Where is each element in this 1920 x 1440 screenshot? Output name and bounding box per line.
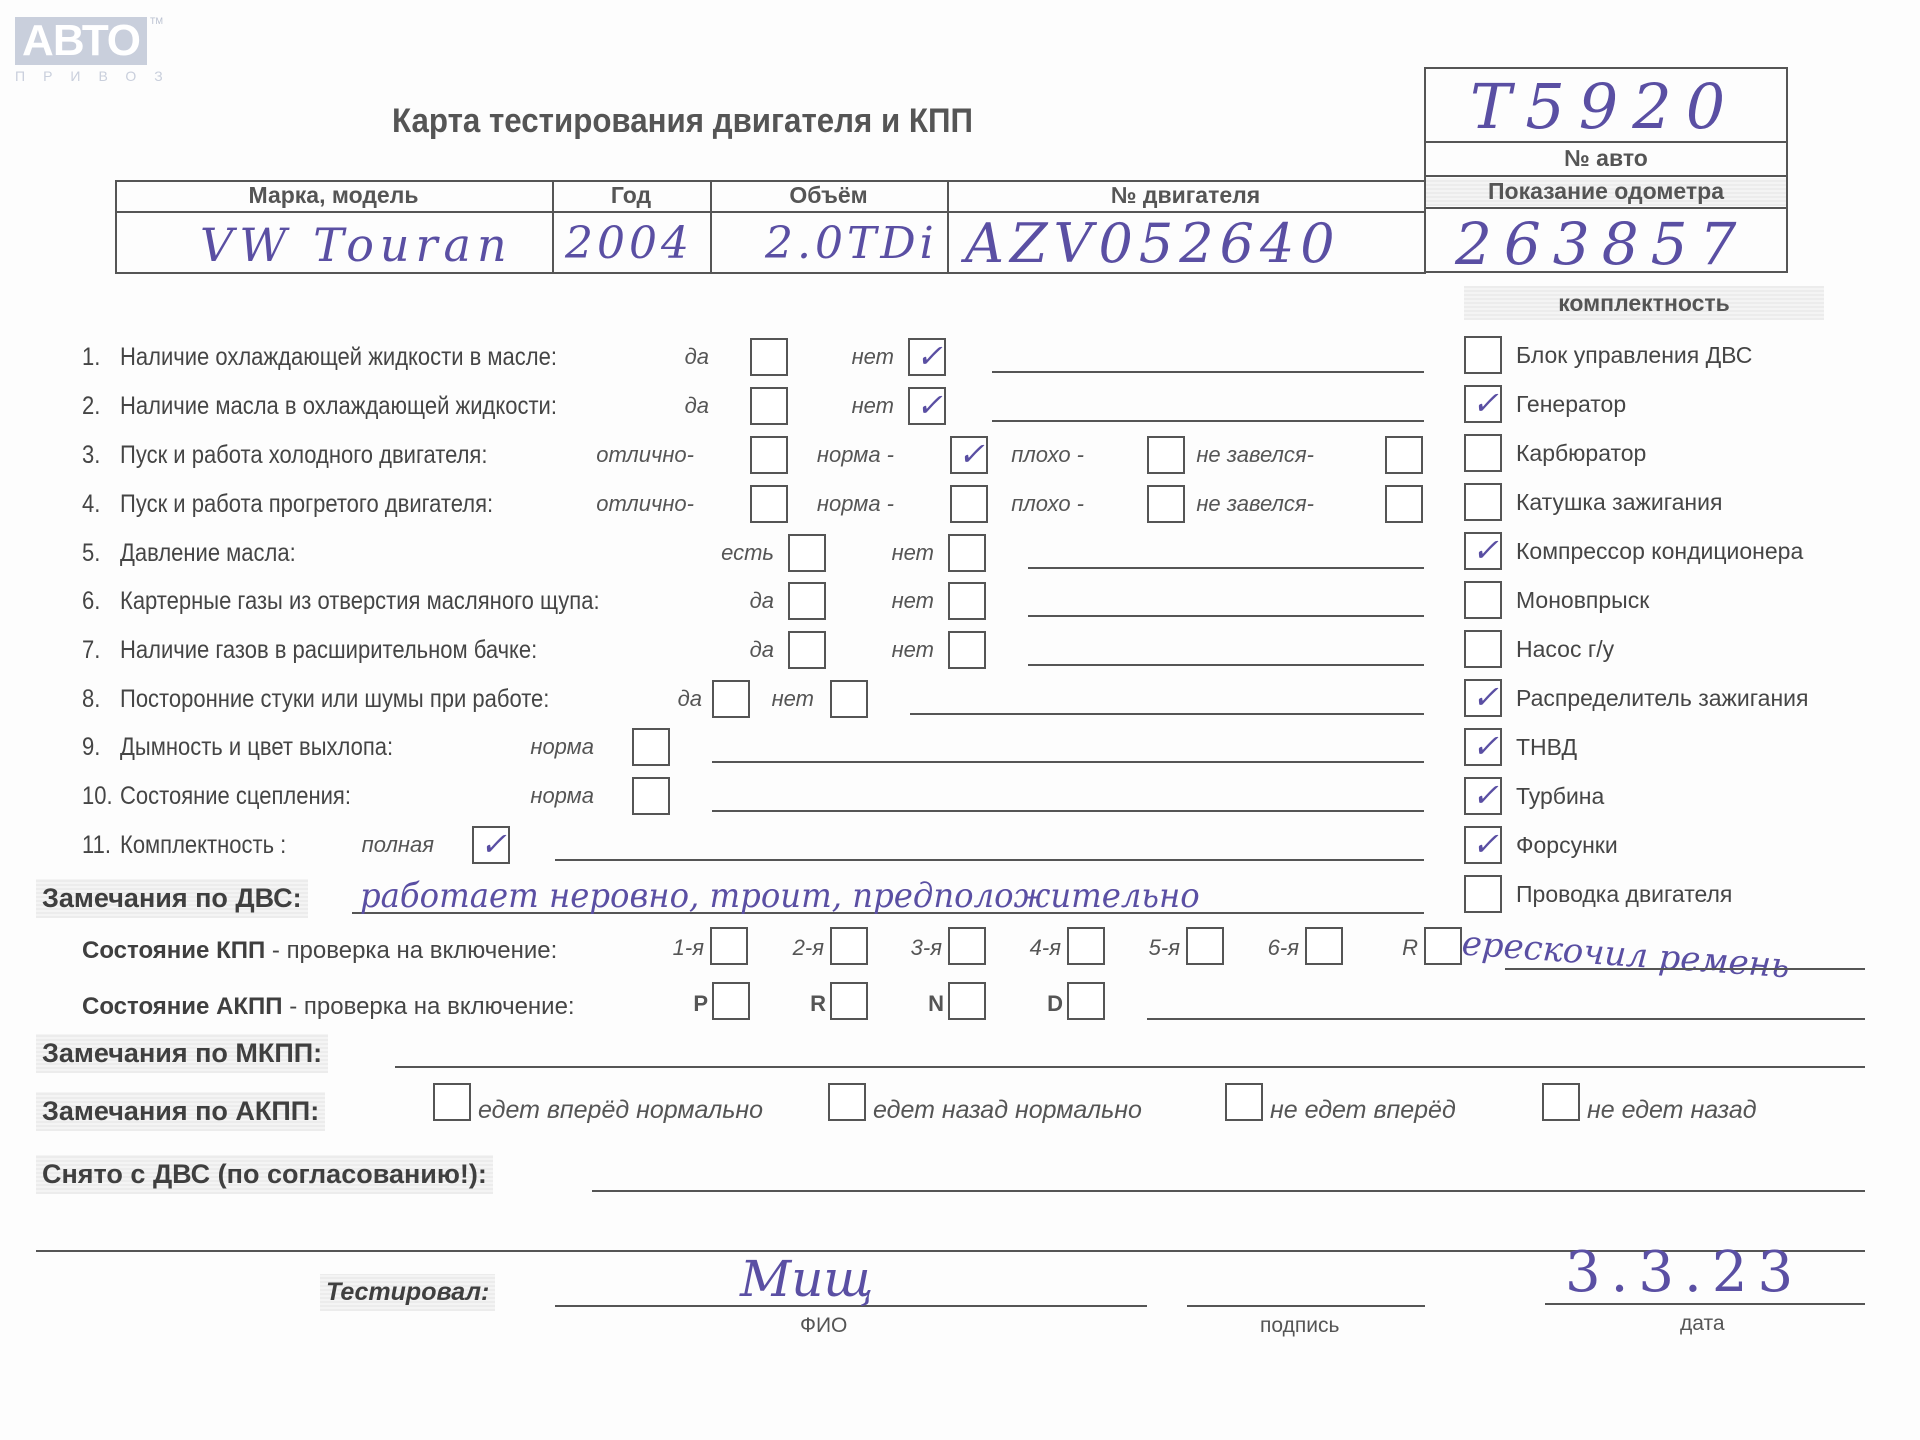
kit-checkbox[interactable] — [1464, 483, 1502, 521]
gear-checkbox[interactable] — [948, 927, 986, 965]
option-checkbox[interactable] — [632, 728, 670, 766]
year-value[interactable]: 2004 — [565, 218, 693, 269]
check-row-label: Давление масла: — [120, 539, 296, 568]
option-label: да — [678, 686, 702, 712]
kit-checkbox[interactable]: ✓ — [1464, 728, 1502, 766]
gear-label: P — [693, 991, 708, 1017]
option-label: норма — [530, 734, 594, 760]
option-label: нет — [772, 686, 814, 712]
name-caption: ФИО — [800, 1314, 847, 1338]
check-row-notes-field[interactable] — [992, 420, 1424, 422]
check-row-number: 1. — [82, 343, 100, 372]
check-row-number: 7. — [82, 636, 100, 665]
check-row-number: 10. — [82, 782, 113, 811]
option-checkbox[interactable] — [1385, 485, 1423, 523]
brand-logo: АВТО — [15, 17, 147, 65]
manual-gearbox-remarks-label: Замечания по МКПП: — [36, 1034, 328, 1073]
date-caption: дата — [1680, 1312, 1725, 1336]
check-row-notes-field[interactable] — [712, 761, 1424, 763]
kit-checkbox[interactable] — [1464, 581, 1502, 619]
check-row-label: Пуск и работа прогретого двигателя: — [120, 490, 493, 519]
kit-item-label: Генератор — [1516, 391, 1626, 418]
auto-remark-checkbox[interactable] — [828, 1083, 866, 1121]
kit-checkbox[interactable] — [1464, 434, 1502, 472]
option-label: нет — [892, 540, 934, 566]
check-row-number: 9. — [82, 733, 100, 762]
option-label: плохо - — [1011, 442, 1084, 468]
option-checkbox[interactable] — [1385, 436, 1423, 474]
check-row-label: Наличие охлаждающей жидкости в масле: — [120, 343, 557, 372]
check-row-label: Картерные газы из отверстия масляного щу… — [120, 587, 600, 616]
option-checkbox[interactable] — [750, 485, 788, 523]
option-checkbox[interactable] — [830, 680, 868, 718]
option-label: норма - — [817, 442, 894, 468]
auto-gearbox-check-label: Состояние АКПП - проверка на включение: — [82, 993, 575, 1021]
check-row-number: 2. — [82, 392, 100, 421]
option-checkbox[interactable] — [750, 436, 788, 474]
vehicle-number-value[interactable]: T5920 — [1470, 70, 1739, 143]
check-row-label: Комплектность : — [120, 831, 286, 860]
volume-value[interactable]: 2.0TDi — [765, 218, 938, 269]
option-checkbox[interactable] — [788, 534, 826, 572]
kit-item-label: Компрессор кондиционера — [1516, 538, 1803, 565]
option-checkbox[interactable] — [950, 485, 988, 523]
check-mark-icon: ✓ — [1472, 387, 1499, 419]
option-checkbox[interactable] — [1147, 485, 1185, 523]
brand-logo-subtitle: ПРИВОЗ — [15, 68, 181, 84]
option-label: да — [685, 393, 709, 419]
check-row-notes-field[interactable] — [1028, 567, 1424, 569]
gear-label: 5-я — [1149, 935, 1180, 961]
kit-item-label: Форсунки — [1516, 832, 1618, 859]
tester-name-value[interactable]: Мищ — [740, 1250, 873, 1308]
option-checkbox[interactable] — [750, 387, 788, 425]
check-row-label: Дымность и цвет выхлопа: — [120, 733, 393, 762]
signature-field[interactable] — [1187, 1305, 1425, 1307]
gear-label: R — [810, 991, 826, 1017]
auto-remark-option-label: не едет назад — [1587, 1096, 1757, 1125]
auto-remark-checkbox[interactable] — [1225, 1083, 1263, 1121]
auto-remark-checkbox[interactable] — [433, 1083, 471, 1121]
gear-checkbox[interactable] — [1186, 927, 1224, 965]
test-date-value[interactable]: 3.3.23 — [1565, 1240, 1803, 1305]
check-mark-icon: ✓ — [1472, 730, 1499, 762]
trademark-mark: TM — [150, 16, 163, 26]
check-row-label: Посторонние стуки или шумы при работе: — [120, 685, 549, 714]
kit-item-label: Проводка двигателя — [1516, 881, 1732, 908]
check-row-number: 5. — [82, 539, 100, 568]
option-checkbox[interactable] — [1147, 436, 1185, 474]
kit-item-label: Распределитель зажигания — [1516, 685, 1808, 712]
check-row-notes-field[interactable] — [992, 371, 1424, 373]
check-mark-icon: ✓ — [1472, 534, 1499, 566]
check-row-number: 11. — [82, 831, 111, 860]
kit-checkbox[interactable]: ✓ — [1464, 679, 1502, 717]
check-row-label: Наличие масла в охлаждающей жидкости: — [120, 392, 557, 421]
check-mark-icon: ✓ — [916, 389, 943, 421]
check-row-notes-field[interactable] — [910, 713, 1424, 715]
check-mark-icon: ✓ — [1472, 779, 1499, 811]
option-label: отлично- — [596, 491, 694, 517]
engine-remarks-value-continued[interactable]: перескочил ремень — [1439, 922, 1791, 986]
check-row-notes-field[interactable] — [712, 810, 1424, 812]
check-row-number: 6. — [82, 587, 100, 616]
gear-label: 2-я — [793, 935, 824, 961]
signature-caption: подпись — [1260, 1314, 1339, 1338]
page-title: Карта тестирования двигателя и КПП — [392, 102, 973, 141]
option-checkbox[interactable] — [750, 338, 788, 376]
option-checkbox[interactable]: ✓ — [950, 436, 988, 474]
option-label: отлично- — [596, 442, 694, 468]
gear-checkbox[interactable] — [1067, 927, 1105, 965]
engine-remarks-label: Замечания по ДВС: — [36, 879, 308, 918]
check-mark-icon: ✓ — [1472, 828, 1499, 860]
manual-gearbox-remarks-field[interactable] — [395, 1066, 1865, 1068]
kit-item-label: Карбюратор — [1516, 440, 1646, 467]
option-label: да — [685, 344, 709, 370]
option-checkbox[interactable]: ✓ — [908, 387, 946, 425]
option-label: нет — [892, 588, 934, 614]
vehicle-number-label: № авто — [1424, 145, 1788, 172]
auto-remark-checkbox[interactable] — [1542, 1083, 1580, 1121]
kit-checkbox[interactable]: ✓ — [1464, 777, 1502, 815]
removed-parts-label: Снято с ДВС (по согласованию!): — [36, 1155, 493, 1194]
gear-checkbox[interactable] — [1424, 927, 1462, 965]
check-row-number: 8. — [82, 685, 100, 714]
option-checkbox[interactable] — [948, 582, 986, 620]
gear-checkbox[interactable] — [830, 927, 868, 965]
kit-item-label: Катушка зажигания — [1516, 489, 1722, 516]
check-row-label: Состояние сцепления: — [120, 782, 351, 811]
make-model-value[interactable]: VW Touran — [200, 218, 513, 272]
kit-item-label: Насос г/у — [1516, 636, 1614, 663]
option-checkbox[interactable] — [788, 631, 826, 669]
option-label: не завелся- — [1196, 491, 1314, 517]
check-row-notes-field[interactable] — [1028, 664, 1424, 666]
option-label: плохо - — [1011, 491, 1084, 517]
check-row-notes-field[interactable] — [555, 859, 1424, 861]
check-mark-icon: ✓ — [916, 340, 943, 372]
kit-title: комплектность — [1464, 286, 1824, 320]
gear-label: N — [928, 991, 944, 1017]
option-label: да — [750, 588, 774, 614]
kit-item-label: Турбина — [1516, 783, 1604, 810]
option-checkbox[interactable]: ✓ — [472, 826, 510, 864]
check-row-number: 4. — [82, 490, 100, 519]
kit-item-label: Блок управления ДВС — [1516, 342, 1752, 369]
option-checkbox[interactable]: ✓ — [908, 338, 946, 376]
auto-remark-option-label: едет вперёд нормально — [478, 1096, 763, 1125]
auto-gearbox-remarks-label: Замечания по АКПП: — [36, 1092, 325, 1131]
engine-number-value[interactable]: AZV052640 — [965, 212, 1341, 275]
kit-item-label: ТНВД — [1516, 734, 1577, 761]
gear-label: 6-я — [1268, 935, 1299, 961]
kit-checkbox[interactable]: ✓ — [1464, 826, 1502, 864]
check-row-number: 3. — [82, 441, 100, 470]
column-header-engine-number: № двигателя — [947, 182, 1424, 209]
removed-parts-field[interactable] — [592, 1190, 1865, 1192]
tested-by-label: Тестировал: — [320, 1274, 495, 1311]
kit-checkbox[interactable]: ✓ — [1464, 532, 1502, 570]
kit-checkbox[interactable]: ✓ — [1464, 385, 1502, 423]
option-label: норма — [530, 783, 594, 809]
option-checkbox[interactable] — [948, 534, 986, 572]
option-label: полная — [362, 832, 434, 858]
check-mark-icon: ✓ — [480, 828, 507, 860]
kit-checkbox[interactable] — [1464, 336, 1502, 374]
option-checkbox[interactable] — [788, 582, 826, 620]
option-label: есть — [721, 540, 774, 566]
gear-label: D — [1047, 991, 1063, 1017]
kit-item-label: Моновпрыск — [1516, 587, 1649, 614]
column-header-make-model: Марка, модель — [115, 182, 552, 209]
gear-label: 1-я — [673, 935, 704, 961]
option-label: нет — [852, 344, 894, 370]
check-mark-icon: ✓ — [1472, 681, 1499, 713]
auto-remark-option-label: едет назад нормально — [873, 1096, 1142, 1125]
check-row-notes-field[interactable] — [1028, 615, 1424, 617]
option-label: нет — [892, 637, 934, 663]
gear-checkbox[interactable] — [1305, 927, 1343, 965]
odometer-value[interactable]: 263857 — [1455, 210, 1748, 278]
gear-checkbox[interactable] — [712, 982, 750, 1020]
gear-checkbox[interactable] — [830, 982, 868, 1020]
option-label: да — [750, 637, 774, 663]
gear-checkbox[interactable] — [1067, 982, 1105, 1020]
option-checkbox[interactable] — [712, 680, 750, 718]
manual-gearbox-check-label: Состояние КПП - проверка на включение: — [82, 937, 557, 965]
option-label: не завелся- — [1196, 442, 1314, 468]
engine-remarks-value[interactable]: работает неровно, троит, предположительн… — [360, 876, 1200, 916]
odometer-label: Показание одометра — [1426, 178, 1786, 206]
check-row-label: Пуск и работа холодного двигателя: — [120, 441, 487, 470]
option-checkbox[interactable] — [632, 777, 670, 815]
gear-label: R — [1402, 935, 1418, 961]
gear-label: 4-я — [1030, 935, 1061, 961]
kit-checkbox[interactable] — [1464, 875, 1502, 913]
gear-checkbox[interactable] — [948, 982, 986, 1020]
kit-checkbox[interactable] — [1464, 630, 1502, 668]
check-row-label: Наличие газов в расширительном бачке: — [120, 636, 537, 665]
option-label: норма - — [817, 491, 894, 517]
option-label: нет — [852, 393, 894, 419]
check-mark-icon: ✓ — [958, 438, 985, 470]
column-header-volume: Объём — [710, 182, 947, 209]
gear-checkbox[interactable] — [710, 927, 748, 965]
option-checkbox[interactable] — [948, 631, 986, 669]
column-header-year: Год — [552, 182, 710, 209]
auto-remark-option-label: не едет вперёд — [1270, 1096, 1456, 1125]
gear-label: 3-я — [911, 935, 942, 961]
